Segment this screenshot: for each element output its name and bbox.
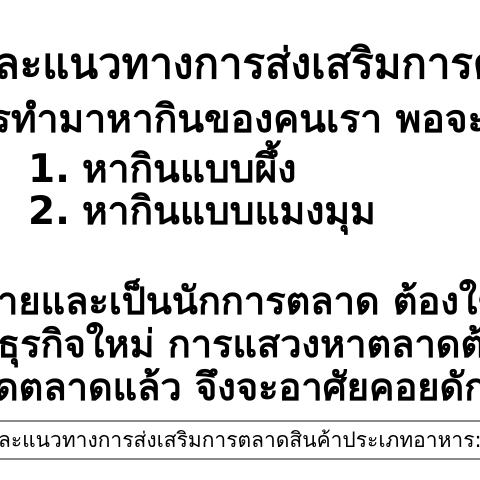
presentation-slide: ละแนวทางการส่งเสริมการตลาดสินค้าประ รทำม… [0, 0, 480, 480]
list-item-number: 1. [28, 147, 70, 192]
slide-title: ละแนวทางการส่งเสริมการตลาดสินค้าประ [0, 38, 480, 91]
footer-source-text: ละแนวทางการส่งเสริมการตลาดสินค้าประเภทอา… [0, 424, 480, 457]
list-item: 2.หากินแบบแมงมุม [28, 188, 376, 237]
paragraph-line: ายและเป็นนักการตลาด ต้องใช้วิธีผสมผสานกั [0, 278, 480, 326]
list-item-label: หากินแบบแมงมุม [82, 189, 376, 234]
footer-source-bar: ละแนวทางการส่งเสริมการตลาดสินค้าประเภทอา… [0, 420, 480, 460]
paragraph-line: ธุรกิจใหม่ การแสวงหาตลาดต้องหากินแบบผึ้ [0, 321, 480, 369]
paragraph-line: ดตลาดแล้ว จึงจะอาศัยคอยดักจับเหมือนแมง [0, 364, 480, 412]
list-item-label: หากินแบบผึ้ง [82, 147, 296, 192]
list-item-number: 2. [28, 189, 70, 234]
intro-text: รทำมาหากินของคนเรา พอจะแบ่งเป็น 2 รู [0, 96, 480, 145]
